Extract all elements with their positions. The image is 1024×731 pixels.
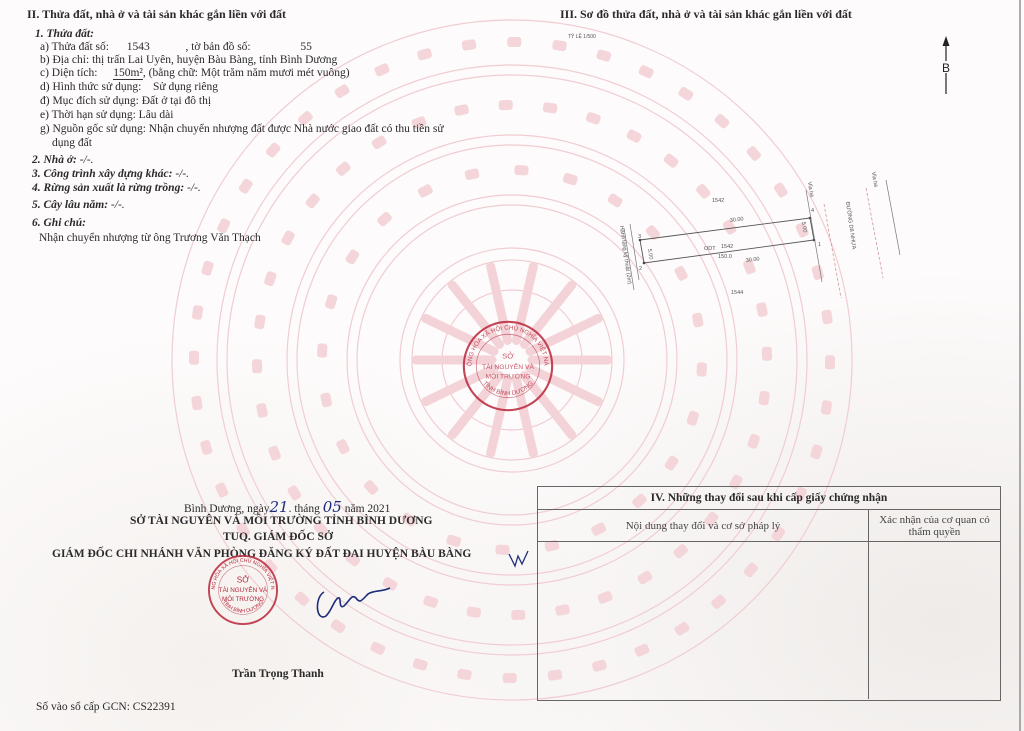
section-iv-title: IV. Những thay đổi sau khi cấp giấy chứn…: [538, 487, 1000, 510]
section-iii-title: III. Sơ đồ thửa đất, nhà ở và tài sản kh…: [560, 7, 852, 21]
area-words: , (bằng chữ: Một trăm năm mươi mét vuông…: [143, 67, 350, 79]
other-construction-value: -/-.: [175, 168, 189, 180]
parcel-row: a) Thửa đất số: 1543 , tờ bản đồ số: 55: [40, 40, 312, 54]
svg-text:ODT: ODT: [704, 246, 716, 252]
svg-text:5.00: 5.00: [800, 221, 807, 232]
changes-table-header: Nội dung thay đổi và cơ sở pháp lý Xác n…: [538, 510, 1000, 542]
svg-text:MÔI TRƯỜNG: MÔI TRƯỜNG: [222, 594, 264, 603]
confirmation-cell-empty: [869, 542, 1000, 699]
page-border: [1019, 0, 1021, 731]
svg-text:ĐƯỜNG D8 NHỰA: ĐƯỜNG D8 NHỰA: [844, 201, 858, 250]
purpose-label: đ) Mục đích sử dụng:: [40, 95, 139, 107]
forest-label: 4. Rừng sản xuất là rừng trồng:: [32, 182, 184, 194]
scale-label: TỶ LỆ 1/500: [568, 30, 596, 44]
other-construction-row: 3. Công trình xây dựng khác: -/-.: [32, 167, 189, 181]
svg-text:Vỉa hè: Vỉa hè: [870, 171, 879, 187]
map-label: , tờ bản đồ số:: [185, 41, 250, 53]
center-seal-stamp: CỘNG HÒA XÃ HỘI CHỦ NGHĨA VIỆT NAM TỈNH …: [460, 318, 556, 414]
registry-label: Số vào sổ cấp GCN:: [36, 701, 130, 713]
svg-text:2: 2: [639, 266, 642, 272]
term-value: Lâu dài: [139, 109, 174, 121]
svg-text:5.00: 5.00: [646, 248, 653, 259]
svg-text:SỞ: SỞ: [502, 351, 514, 360]
notes-value: Nhận chuyển nhượng từ ông Trương Văn Thạ…: [39, 231, 261, 245]
svg-text:1: 1: [818, 242, 821, 248]
org-line-1: SỞ TÀI NGUYÊN VÀ MÔI TRƯỜNG TỈNH BÌNH DƯ…: [130, 514, 432, 528]
origin-value: Nhận chuyển nhượng đất được Nhà nước gia…: [149, 123, 444, 135]
svg-text:Vỉa hè: Vỉa hè: [806, 181, 815, 197]
column-header-confirmation: Xác nhận của cơ quan có thẩm quyền: [869, 510, 1000, 541]
address-label: b) Địa chỉ:: [40, 54, 89, 66]
section-ii-title: II. Thửa đất, nhà ở và tài sản khác gắn …: [27, 7, 286, 21]
origin-label: g) Nguồn gốc sử dụng:: [40, 123, 146, 135]
use-form-value: Sử dụng riêng: [153, 81, 218, 93]
svg-text:1544: 1544: [731, 290, 743, 296]
house-value: -/-.: [80, 154, 94, 166]
north-arrow-icon: B: [935, 36, 957, 96]
parcel-label: a) Thửa đất số:: [40, 41, 109, 53]
use-form-label: d) Hình thức sử dụng:: [40, 81, 141, 93]
map-number: 55: [300, 41, 312, 53]
registry-row: Số vào sổ cấp GCN: CS22391: [36, 700, 176, 714]
address-row: b) Địa chỉ: thị trấn Lai Uyên, huyện Bàu…: [40, 53, 337, 67]
area-row: c) Diện tích: 150m², (bằng chữ: Một trăm…: [40, 66, 350, 80]
changes-cell-empty: [538, 542, 869, 699]
land-heading: 1. Thửa đất:: [35, 27, 94, 41]
svg-text:SỞ: SỞ: [237, 574, 249, 585]
initial-mark-icon: [506, 548, 530, 570]
area-value: 150m²: [113, 67, 143, 80]
notes-label: 6. Ghi chú:: [32, 216, 86, 230]
purpose-row: đ) Mục đích sử dụng: Đất ở tại đô thị: [40, 94, 211, 108]
signature-icon: [312, 580, 392, 625]
changes-table: IV. Những thay đổi sau khi cấp giấy chứn…: [537, 486, 1001, 701]
svg-text:1542: 1542: [712, 198, 724, 204]
certificate-page: II. Thửa đất, nhà ở và tài sản khác gắn …: [0, 0, 1024, 731]
purpose-value: Đất ở tại đô thị: [142, 95, 211, 107]
house-row: 2. Nhà ở: -/-.: [32, 153, 93, 167]
svg-text:4: 4: [811, 208, 814, 214]
origin-continued: dụng đất: [52, 136, 92, 150]
area-label: c) Diện tích:: [40, 67, 97, 79]
signer-name: Trần Trọng Thanh: [232, 667, 324, 681]
svg-text:3: 3: [638, 234, 641, 240]
use-form-row: d) Hình thức sử dụng: Sử dụng riêng: [40, 80, 218, 94]
other-construction-label: 3. Công trình xây dựng khác:: [32, 168, 172, 180]
origin-row: g) Nguồn gốc sử dụng: Nhận chuyển nhượng…: [40, 122, 444, 136]
perennial-row: 5. Cây lâu năm: -/-.: [32, 198, 125, 212]
svg-text:TỈNH BÌNH DƯƠNG: TỈNH BÌNH DƯƠNG: [481, 380, 535, 397]
svg-text:MÔI TRƯỜNG: MÔI TRƯỜNG: [486, 371, 531, 380]
svg-text:30.00: 30.00: [746, 256, 760, 264]
org-line-2: TUQ. GIÁM ĐỐC SỞ: [223, 530, 333, 544]
house-label: 2. Nhà ở:: [32, 154, 77, 166]
svg-text:1542: 1542: [721, 244, 733, 250]
perennial-value: -/-.: [111, 199, 125, 211]
svg-text:TÀI NGUYÊN VÀ: TÀI NGUYÊN VÀ: [482, 362, 534, 371]
svg-text:TÀI NGUYÊN VÀ: TÀI NGUYÊN VÀ: [219, 585, 268, 594]
svg-text:30.00: 30.00: [730, 216, 744, 224]
address-value: thị trấn Lai Uyên, huyện Bàu Bàng, tỉnh …: [92, 54, 337, 66]
term-row: e) Thời hạn sử dụng: Lâu dài: [40, 108, 173, 122]
parcel-number: 1543: [127, 41, 150, 53]
svg-text:150.0: 150.0: [718, 254, 732, 260]
parcel-diagram: 1542 1544 ODT 1542 150.0 30.00 30.00 5.0…: [600, 150, 920, 320]
forest-value: -/-.: [187, 182, 201, 194]
perennial-label: 5. Cây lâu năm:: [32, 199, 108, 211]
svg-text:Hành lang kỹ thuật (2m): Hành lang kỹ thuật (2m): [618, 225, 632, 284]
term-label: e) Thời hạn sử dụng:: [40, 109, 136, 121]
column-header-changes: Nội dung thay đổi và cơ sở pháp lý: [538, 510, 869, 541]
official-seal-stamp: CỘNG HÒA XÃ HỘI CHỦ NGHĨA VIỆT NAM TỈNH …: [206, 553, 280, 627]
svg-text:B: B: [942, 61, 950, 75]
forest-row: 4. Rừng sản xuất là rừng trồng: -/-.: [32, 181, 201, 195]
registry-number: CS22391: [133, 701, 176, 713]
changes-table-body: [538, 542, 1000, 699]
